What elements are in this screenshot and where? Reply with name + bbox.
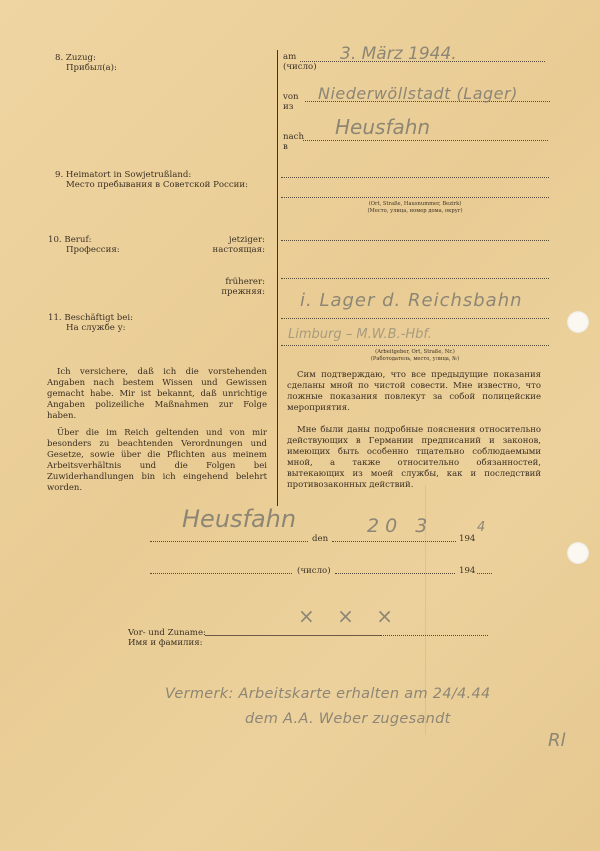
item9-label: 9. Heimatort in Sowjetrußland: Место пре… [55,170,248,190]
hometown-line-1 [281,177,549,178]
place-line [150,541,308,542]
name-label-de: Vor- und Zuname: [128,628,206,638]
hometown-caption-ru: (Место, улица, номер дома, округ) [320,208,510,215]
arrival-date-value[interactable]: 3. März 1944. [340,44,457,64]
declaration-de-p2: Über die im Reich geltenden und von mir … [47,428,267,494]
name-line [205,635,380,636]
current-profession-line [281,240,549,241]
item9-label-de: 9. Heimatort in Sowjetrußland: [55,170,248,180]
den-label: den [312,534,328,544]
column-divider [277,50,278,506]
item10-label: 10. Beruf: Профессия: [48,235,120,255]
declaration-de: Ich versichere, daß ich die vorstehenden… [47,367,267,494]
current-profession-label: jetziger: настоящая: [205,235,265,255]
date-value[interactable]: 20 3 [367,515,433,537]
chislo-label-ru: (число) [297,566,331,576]
date-line [332,541,456,542]
item11-label: 11. Beschäftigt bei: На службе у: [48,313,133,333]
date-line-ru [335,573,455,574]
from-value[interactable]: Niederwöllstadt (Lager) [318,84,518,103]
former-profession-label: früherer: прежняя: [205,277,265,297]
name-marks[interactable]: × × × [298,604,401,628]
year-suffix-line-ru [477,573,492,574]
name-line-dotted [380,635,488,636]
name-label-ru: Имя и фамилия: [128,638,206,648]
von-label: von из [283,92,299,112]
chislo-label: (число) [283,62,317,72]
hometown-line-2 [281,197,549,198]
employer-value-2[interactable]: Limburg – M.W.B.-Hbf. [288,327,432,342]
punch-hole-top [567,311,589,333]
nach-label: nach в [283,132,304,152]
annotation-line-2[interactable]: dem A.A. Weber zugesandt [245,711,451,727]
former-label-ru: прежняя: [205,287,265,297]
item11-label-ru: На службе у: [48,323,133,333]
employer-caption-ru: (Работодатель, место, улица, №) [320,356,510,363]
declaration-ru: Сим подтверждаю, что все предыдущие пока… [287,370,541,491]
place-line-ru [150,573,292,574]
item8-label-de: 8. Zuzug: [55,53,117,63]
annotation-line-1[interactable]: Vermerk: Arbeitskarte erhalten am 24/4.4… [165,686,491,702]
nach-label-de: nach [283,132,304,142]
place-value[interactable]: Heusfahn [182,505,296,533]
current-label-ru: настоящая: [205,245,265,255]
employer-line-2 [281,345,549,346]
employer-value-1[interactable]: i. Lager d. Reichsbahn [300,290,523,311]
v-label-ru: в [283,142,304,152]
former-label-de: früherer: [205,277,265,287]
year-prefix-ru: 194 [459,566,475,576]
name-label: Vor- und Zuname: Имя и фамилия: [128,628,206,648]
declaration-de-p1: Ich versichere, daß ich die vorstehenden… [47,367,267,422]
item9-label-ru: Место пребывания в Советской России: [55,180,248,190]
to-line [303,140,548,141]
item8-label-ru: Прибыл(а): [55,63,117,73]
iz-label-ru: из [283,102,299,112]
item10-label-ru: Профессия: [48,245,120,255]
employer-line-1 [281,318,549,319]
item11-label-de: 11. Beschäftigt bei: [48,313,133,323]
am-label: am (число) [283,52,317,72]
item8-label: 8. Zuzug: Прибыл(а): [55,53,117,73]
item10-label-de: 10. Beruf: [48,235,120,245]
punch-hole-bottom [567,542,589,564]
declaration-ru-p2: Мне были даны подробные пояснения относи… [287,425,541,491]
year-suffix[interactable]: 4 [477,520,485,535]
annotation-initials[interactable]: Rl [548,730,566,751]
former-profession-line [281,278,549,279]
year-prefix: 194 [459,534,475,544]
current-label-de: jetziger: [205,235,265,245]
to-value[interactable]: Heusfahn [335,115,430,139]
employer-caption: (Arbeitgeber, Ort, Straße, Nr.) (Работод… [320,349,510,362]
von-label-de: von [283,92,299,102]
declaration-ru-p1: Сим подтверждаю, что все предыдущие пока… [287,370,541,414]
hometown-caption: (Ort, Straße, Hausnummer, Bezirk) (Место… [320,201,510,214]
